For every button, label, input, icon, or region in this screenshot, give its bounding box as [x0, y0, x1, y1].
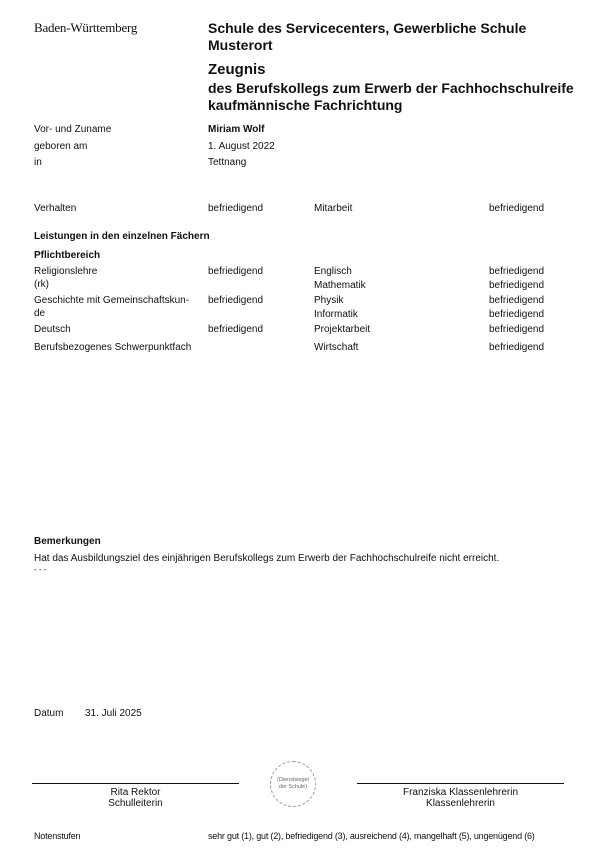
principal-signature-line	[32, 783, 239, 784]
grade-english: befriedigend	[489, 265, 544, 278]
birth-date: 1. August 2022	[208, 140, 275, 153]
subject-name: Religionslehre	[34, 265, 97, 278]
grade-scale: sehr gut (1), gut (2), befriedigend (3),…	[208, 831, 535, 841]
official-seal-placeholder: (Dienstsiegel der Schule)	[270, 761, 316, 807]
student-name: Miriam Wolf	[208, 123, 264, 136]
subject-physics: Physik	[314, 294, 343, 307]
subject-german: Deutsch	[34, 323, 71, 336]
seal-text-line2: der Schule)	[279, 784, 307, 791]
subject-informatics: Informatik	[314, 308, 358, 321]
subject-religion: Religionslehre (rk)	[34, 265, 97, 291]
remarks-text: Hat das Ausbildungsziel des einjährigen …	[34, 552, 499, 565]
behavior-grade: befriedigend	[208, 202, 263, 215]
remarks-filler: - - -	[34, 563, 46, 576]
date-value: 31. Juli 2025	[85, 707, 142, 720]
subject-name-cont: de	[34, 307, 189, 320]
grade-project: befriedigend	[489, 323, 544, 336]
principal-name: Rita Rektor	[32, 787, 239, 798]
teacher-role: Klassenlehrerin	[357, 798, 564, 809]
birth-label: geboren am	[34, 140, 87, 153]
state-name: Baden-Württemberg	[34, 20, 137, 36]
principal-role: Schulleiterin	[32, 798, 239, 809]
remarks-title: Bemerkungen	[34, 535, 101, 548]
subtitle-line2: kaufmännische Fachrichtung	[208, 97, 574, 114]
teacher-signature: Franziska Klassenlehrerin Klassenlehreri…	[357, 787, 564, 809]
teacher-signature-line	[357, 783, 564, 784]
subtitle-line1: des Berufskollegs zum Erwerb der Fachhoc…	[208, 80, 574, 97]
school-name-line1: Schule des Servicecenters, Gewerbliche S…	[208, 20, 578, 37]
grade-economics: befriedigend	[489, 341, 544, 354]
behavior-label: Verhalten	[34, 202, 76, 215]
name-label: Vor- und Zuname	[34, 123, 111, 136]
seal-text-line1: (Dienstsiegel	[277, 777, 309, 784]
required-section-title: Pflichtbereich	[34, 249, 100, 262]
teacher-name: Franziska Klassenlehrerin	[357, 787, 564, 798]
subject-name-cont: (rk)	[34, 278, 97, 291]
school-name-line2: Musterort	[208, 37, 578, 54]
subject-name: Geschichte mit Gemeinschaftskun-	[34, 294, 189, 307]
subject-history: Geschichte mit Gemeinschaftskun- de	[34, 294, 189, 320]
principal-signature: Rita Rektor Schulleiterin	[32, 787, 239, 809]
birthplace: Tettnang	[208, 156, 246, 169]
subject-vocational-focus: Berufsbezogenes Schwerpunktfach	[34, 341, 191, 354]
subject-project: Projektarbeit	[314, 323, 370, 336]
grades-section-title: Leistungen in den einzelnen Fächern	[34, 230, 210, 243]
grade-history: befriedigend	[208, 294, 263, 307]
subject-economics: Wirtschaft	[314, 341, 358, 354]
birthplace-label: in	[34, 156, 42, 169]
grade-physics: befriedigend	[489, 294, 544, 307]
cooperation-label: Mitarbeit	[314, 202, 352, 215]
grade-math: befriedigend	[489, 279, 544, 292]
document-title: Zeugnis	[208, 61, 266, 79]
cooperation-grade: befriedigend	[489, 202, 544, 215]
school-name: Schule des Servicecenters, Gewerbliche S…	[208, 20, 578, 54]
document-subtitle: des Berufskollegs zum Erwerb der Fachhoc…	[208, 80, 574, 114]
subject-math: Mathematik	[314, 279, 366, 292]
grade-religion: befriedigend	[208, 265, 263, 278]
grade-german: befriedigend	[208, 323, 263, 336]
date-label: Datum	[34, 707, 63, 720]
grade-informatics: befriedigend	[489, 308, 544, 321]
grade-scale-label: Notenstufen	[34, 831, 80, 841]
subject-english: Englisch	[314, 265, 352, 278]
